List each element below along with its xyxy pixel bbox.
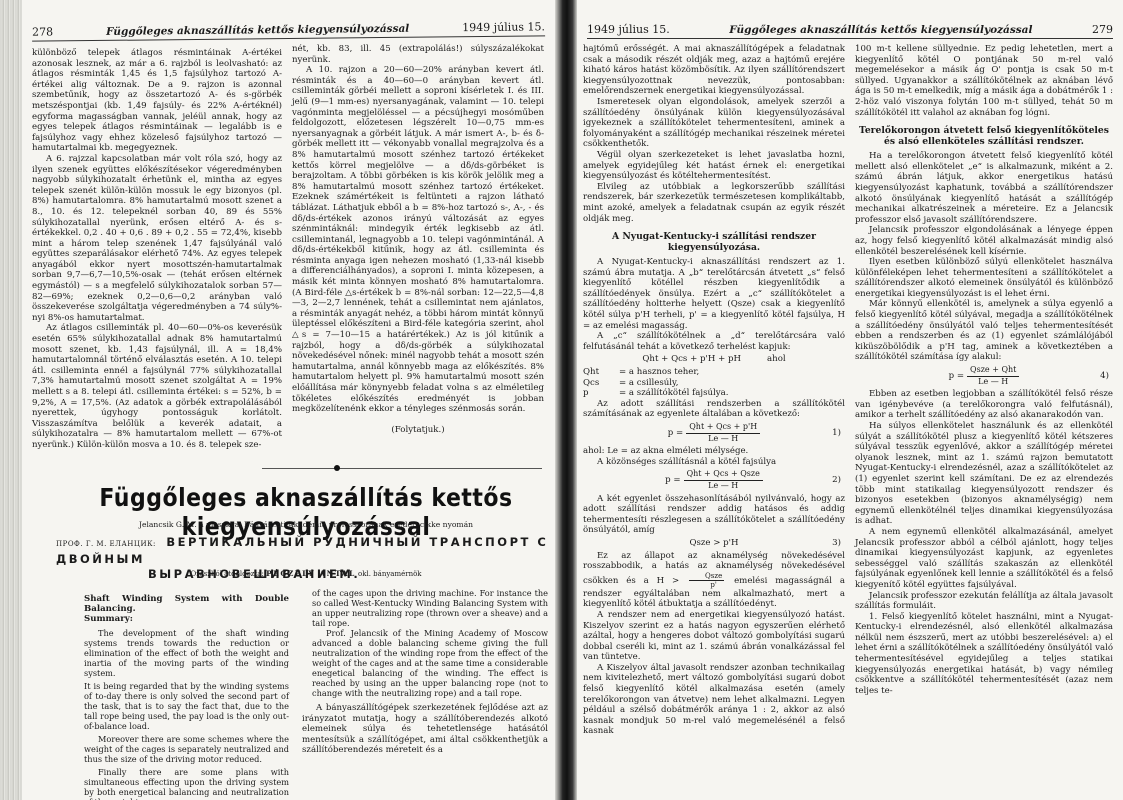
definition-row: Qht = a hasznos teher, bbox=[583, 367, 845, 378]
equation-fraction: Qht + Qcs + Qsze Le — H bbox=[684, 469, 763, 491]
translator-title: okl. bányamérnök bbox=[358, 570, 422, 578]
paragraph: Már könnyű ellenkötél is, amelynek a súl… bbox=[855, 299, 1113, 363]
paragraph: A nem egynemű ellenkötél alkalmazásánál,… bbox=[855, 527, 1113, 591]
paragraph: A „c“ szállítókötélnek a „d“ terelőtárcs… bbox=[583, 331, 845, 352]
definition-row: p = a szállítókötél fajsúlya. bbox=[583, 388, 845, 399]
left-page: 278 Függőleges aknaszállítás kettős kieg… bbox=[22, 0, 555, 800]
equation-lhs: p = bbox=[668, 428, 683, 439]
book-gutter bbox=[555, 0, 577, 800]
paragraph: különböző telepek átlagos résmintáinak A… bbox=[32, 48, 282, 154]
paragraph: A közönséges szállításnál a kötél fajsúl… bbox=[583, 457, 845, 468]
summary-paragraph: The development of the shaft winding sys… bbox=[84, 628, 289, 678]
summary-paragraph: It is being regarded that by the winding… bbox=[84, 681, 289, 731]
paragraph: hajtómű erősségét. A mai aknaszállítógép… bbox=[583, 44, 845, 97]
equation-number: 4) bbox=[1100, 371, 1109, 382]
definition-value: = a szállítókötél fajsúlya. bbox=[619, 388, 729, 399]
divider-ornament bbox=[334, 465, 340, 471]
paragraph: Ismeretesek olyan elgondolások, amelyek … bbox=[583, 97, 845, 150]
english-summary: Shaft Winding System with Double Balanci… bbox=[84, 594, 289, 800]
denominator: Le — H bbox=[708, 481, 738, 492]
definition-key: p bbox=[583, 388, 619, 399]
right-column-1: hajtómű erősségét. A mai aknaszállítógép… bbox=[583, 44, 845, 737]
paragraph: A 10. rajzon a 20—60—20% arányban kevert… bbox=[292, 65, 544, 415]
paragraph: A Kiszelyov által javasolt rendszer azon… bbox=[583, 663, 845, 737]
summary-title: Shaft Winding System with Double Balanci… bbox=[84, 594, 289, 614]
left-column-2: nét, kb. 83, ill. 45 (extrapolálás!) súl… bbox=[292, 44, 544, 435]
paragraph: Ha súlyos ellenkötelet használunk és az … bbox=[855, 421, 1113, 527]
running-head-left: 278 Függőleges aknaszállítás kettős kieg… bbox=[32, 11, 545, 41]
article-byline: Jelancsik G. M. a moszkvai Bányászati Ak… bbox=[56, 520, 556, 529]
definition-row: Qcs = a csillesúly, bbox=[583, 378, 845, 389]
page-number: 278 bbox=[32, 25, 53, 38]
equation-number: 2) bbox=[832, 475, 841, 486]
denominator: Le — H bbox=[708, 434, 738, 445]
definition-key: Qcs bbox=[583, 378, 619, 389]
equation-2: p = Qht + Qcs + Qsze Le — H 2) bbox=[583, 469, 845, 491]
issue-date: 1949 július 15. bbox=[462, 20, 545, 34]
equation-fraction: Qsze + Qht Le — H bbox=[967, 365, 1019, 387]
paragraph: Végül olyan szerkezeteket is lehet javas… bbox=[583, 150, 845, 182]
load-formula: Qht + Qcs + p'H + pH ahol bbox=[583, 354, 845, 365]
section-heading: Terelőkorongon átvetett felső kiegyenlít… bbox=[855, 125, 1113, 147]
paragraph: A 6. rajzzal kapcsolatban már volt róla … bbox=[32, 154, 282, 324]
definition-value: = a csillesúly, bbox=[619, 378, 678, 389]
page-number: 279 bbox=[1092, 23, 1113, 36]
paragraph: Elvileg az utóbbiak a legkorszerűbb szál… bbox=[583, 182, 845, 224]
formula-suffix: ahol bbox=[767, 354, 786, 365]
section-heading: A Nyugat-Kentucky-i szállítási rendszer … bbox=[583, 231, 845, 253]
paragraph: Ebben az esetben legjobban a szállítóköt… bbox=[855, 389, 1113, 421]
equation-1: p = Qht + Qcs + p'H Le — H 1) bbox=[583, 422, 845, 444]
russian-author: ПРОФ. Г. М. ЕЛАНЦИК: bbox=[56, 540, 156, 548]
paragraph: A Nyugat-Kentucky-i aknaszállítási rends… bbox=[583, 257, 845, 331]
running-head-right: 1949 július 15. Függőleges aknaszállítás… bbox=[587, 14, 1113, 39]
paragraph: Ez az állapot az aknamélység növekedésév… bbox=[583, 551, 845, 610]
definition-value: = a hasznos teher, bbox=[619, 367, 699, 378]
issue-date: 1949 július 15. bbox=[587, 23, 670, 36]
equation-3: Qsze > p'H 3) bbox=[583, 538, 845, 549]
translator-name: PÉCZELY ANTAL bbox=[266, 569, 356, 578]
paragraph: Jelancsik professzor elgondolásának a lé… bbox=[855, 225, 1113, 257]
scanned-magazine-spread: 278 Függőleges aknaszállítás kettős kieg… bbox=[0, 0, 1123, 800]
inline-fraction: Qsze p' bbox=[689, 572, 724, 589]
right-page: 1949 július 15. Függőleges aknaszállítás… bbox=[577, 0, 1123, 800]
english-summary-continued: of the cages upon the driving machine. F… bbox=[312, 588, 548, 698]
denominator: p' bbox=[696, 581, 716, 589]
paragraph: Jelancsik professzor ezekután felállítja… bbox=[855, 591, 1113, 612]
denominator: Le — H bbox=[978, 377, 1008, 388]
translator-label: Oroszból átdolgozta: bbox=[190, 570, 263, 578]
summary-label: Summary: bbox=[84, 614, 289, 624]
paragraph: Ilyen esetben különböző súlyú ellenkötel… bbox=[855, 257, 1113, 299]
left-column-1: különböző telepek átlagos résmintáinak A… bbox=[32, 48, 282, 451]
paragraph: 1. Felső kiegyenlítő kötelet használni, … bbox=[855, 612, 1113, 697]
paragraph: Ha a terelőkorongon átvetett felső kiegy… bbox=[855, 151, 1113, 225]
paragraph: nét, kb. 83, ill. 45 (extrapolálás!) súl… bbox=[292, 44, 544, 65]
section-divider bbox=[262, 468, 542, 469]
summary-paragraph: Prof. Jelancsik of the Mining Academy of… bbox=[312, 628, 548, 698]
formula-expression: Qht + Qcs + p'H + pH bbox=[642, 354, 741, 365]
equation-expression: Qsze > p'H bbox=[689, 538, 738, 549]
paragraph: A két egyenlet összehasonlításából nyilv… bbox=[583, 494, 845, 536]
paragraph: A bányaszállítógépek szerkezetének fejlő… bbox=[302, 703, 548, 756]
article-title: Függőleges aknaszállítás kettős kiegyens… bbox=[56, 484, 556, 542]
paragraph: ahol: Le = az akna elméleti mélysége. bbox=[583, 446, 845, 457]
equation-number: 1) bbox=[832, 428, 841, 439]
equation-number: 3) bbox=[832, 538, 841, 549]
translator-credit: Oroszból átdolgozta: PÉCZELY ANTAL okl. … bbox=[56, 569, 556, 578]
numerator: Qht + Qcs + Qsze bbox=[684, 469, 763, 481]
hungarian-intro: A bányaszállítógépek szerkezetének fejlő… bbox=[302, 703, 548, 756]
book-edge bbox=[0, 0, 22, 800]
numerator: Qht + Qcs + p'H bbox=[686, 422, 760, 434]
definition-key: Qht bbox=[583, 367, 619, 378]
equation-lhs: p = bbox=[949, 371, 964, 382]
paragraph: 100 m-t kellene süllyednie. Ez pedig leh… bbox=[855, 44, 1113, 118]
summary-paragraph: Finally there are some plans with simult… bbox=[84, 767, 289, 800]
right-column-2: 100 m-t kellene süllyednie. Ez pedig leh… bbox=[855, 44, 1113, 696]
numerator: Qsze bbox=[689, 572, 724, 581]
paragraph: A rendszer nem ad energetikai kiegyensúl… bbox=[583, 610, 845, 663]
equation-lhs: p = bbox=[665, 475, 680, 486]
paragraph: Az adott szállítási rendszerben a szállí… bbox=[583, 399, 845, 420]
continued-note: (Folytatjuk.) bbox=[292, 425, 544, 436]
running-title: Függőleges aknaszállítás kettős kiegyens… bbox=[729, 24, 1032, 36]
equation-4: p = Qsze + Qht Le — H 4) bbox=[855, 365, 1113, 387]
equation-fraction: Qht + Qcs + p'H Le — H bbox=[686, 422, 760, 444]
summary-paragraph: of the cages upon the driving machine. F… bbox=[312, 588, 548, 628]
paragraph: Az átlagos csilleminták pl. 40—60—0%-os … bbox=[32, 323, 282, 450]
summary-paragraph: Moreover there are some schemes where th… bbox=[84, 734, 289, 764]
running-title: Függőleges aknaszállítás kettős kiegyens… bbox=[106, 23, 409, 38]
numerator: Qsze + Qht bbox=[967, 365, 1019, 377]
